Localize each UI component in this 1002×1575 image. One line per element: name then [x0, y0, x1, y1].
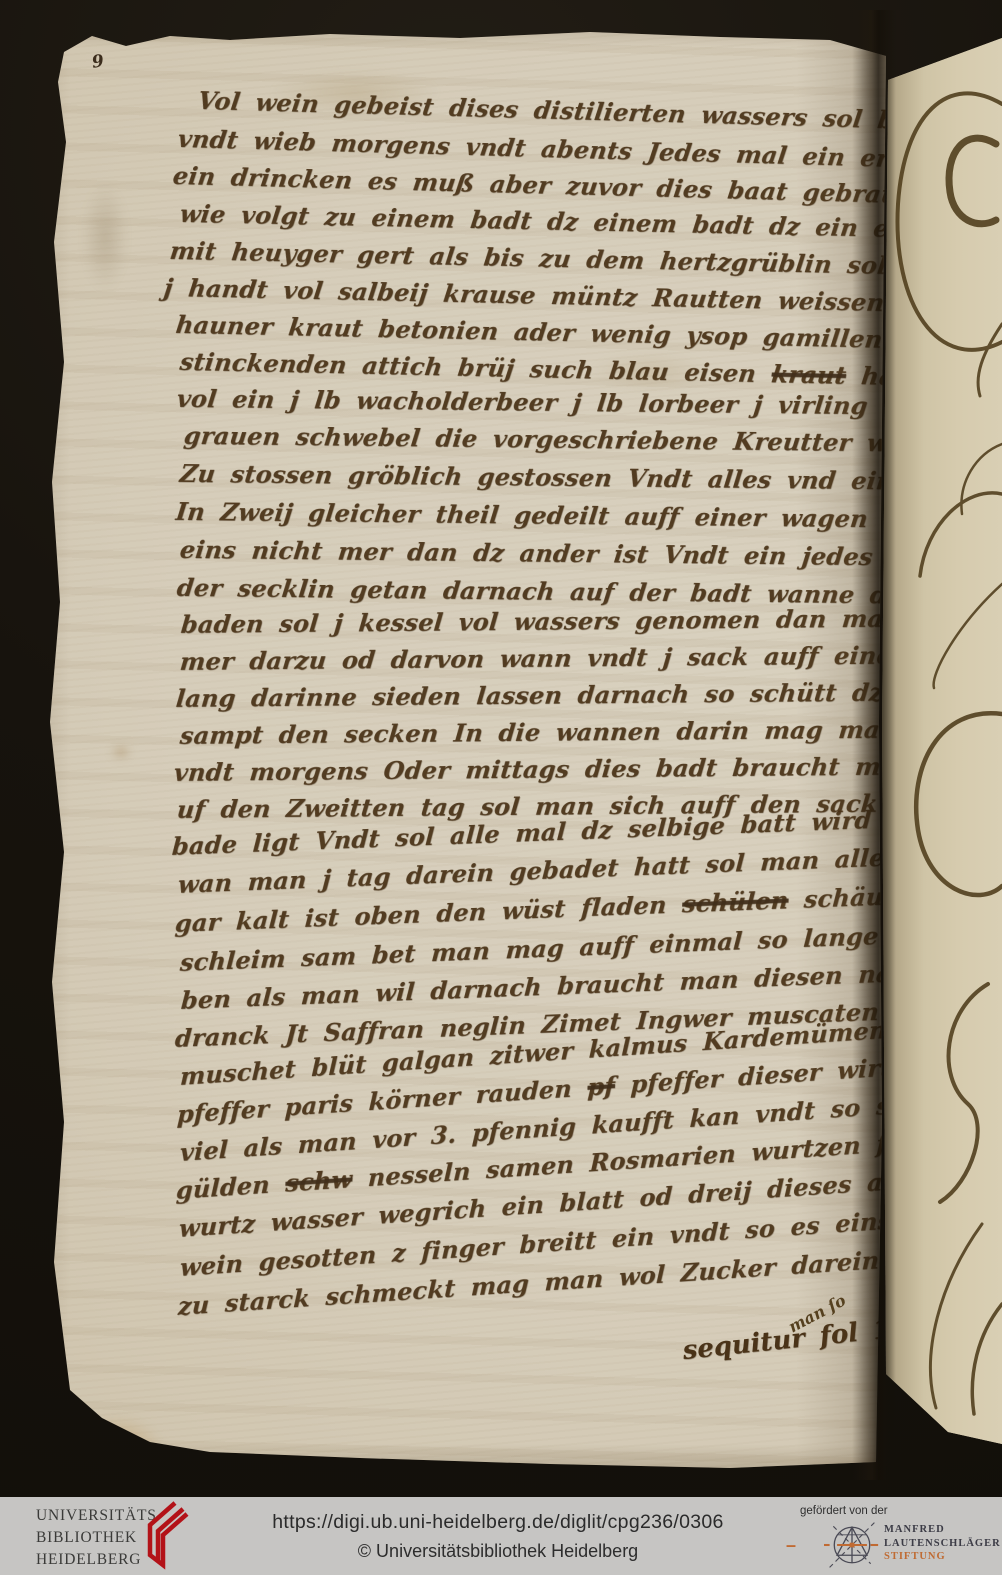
stiftung-wordmark: MANFRED LAUTENSCHLÄGER STIFTUNG — [884, 1523, 1001, 1564]
calligraphic-flourish — [878, 24, 1002, 1444]
manuscript-line: In Zweij gleicher theil gedeilt auff ein… — [174, 497, 886, 536]
stiftung-wordmark-line: MANFRED — [884, 1523, 1001, 1537]
stiftung-logo-icon — [824, 1517, 880, 1573]
page-number: 9 — [91, 51, 106, 72]
source-url: https://digi.ub.uni-heidelberg.de/diglit… — [248, 1511, 748, 1534]
ub-logo-icon — [141, 1499, 193, 1573]
funding-pretext: gefördert von der — [800, 1505, 888, 1517]
stiftung-wordmark-line: STIFTUNG — [884, 1550, 1001, 1564]
stain — [110, 744, 132, 760]
manuscript-line: grauen schwebel die vorgeschriebene Kreu… — [182, 421, 886, 461]
manuscript-line: Zu stossen gröblich gestossen Vndt alles… — [178, 459, 886, 499]
manuscript-line: eins nicht mer dan dz ander ist Vndt ein… — [178, 535, 886, 575]
manuscript-line: sampt den secken In die wannen darin mag… — [179, 714, 886, 751]
dash-mark: – — [786, 1535, 796, 1556]
facing-page — [878, 24, 1002, 1444]
copyright-notice: © Universitätsbibliothek Heidelberg — [248, 1541, 748, 1562]
stain — [82, 182, 128, 292]
manuscript-line: vndt morgens Oder mittags dies badt brau… — [173, 751, 886, 788]
stiftung-wordmark-line: LAUTENSCHLÄGER — [884, 1537, 1001, 1551]
stain — [66, 1414, 166, 1474]
manuscript-line: lang darinne sieden lassen darnach so sc… — [175, 676, 886, 714]
footer-bar: UNIVERSITÄTS- BIBLIOTHEK HEIDELBERG http… — [0, 1497, 1002, 1575]
manuscript-page: 9 Vol wein gebeist dises distilierten wa… — [30, 22, 886, 1474]
manuscript-line: vol ein j lb wacholderbeer j lb lorbeer … — [175, 384, 886, 423]
scan-viewer: 9 Vol wein gebeist dises distilierten wa… — [0, 0, 1002, 1575]
colophon-sequitur: sequitur fol 149 ſ — [681, 1308, 886, 1366]
manuscript-line: baden sol j kessel vol wassers genomen d… — [180, 602, 886, 640]
manuscript-line: mer darzu od darvon wann vndt j sack auf… — [179, 640, 886, 677]
